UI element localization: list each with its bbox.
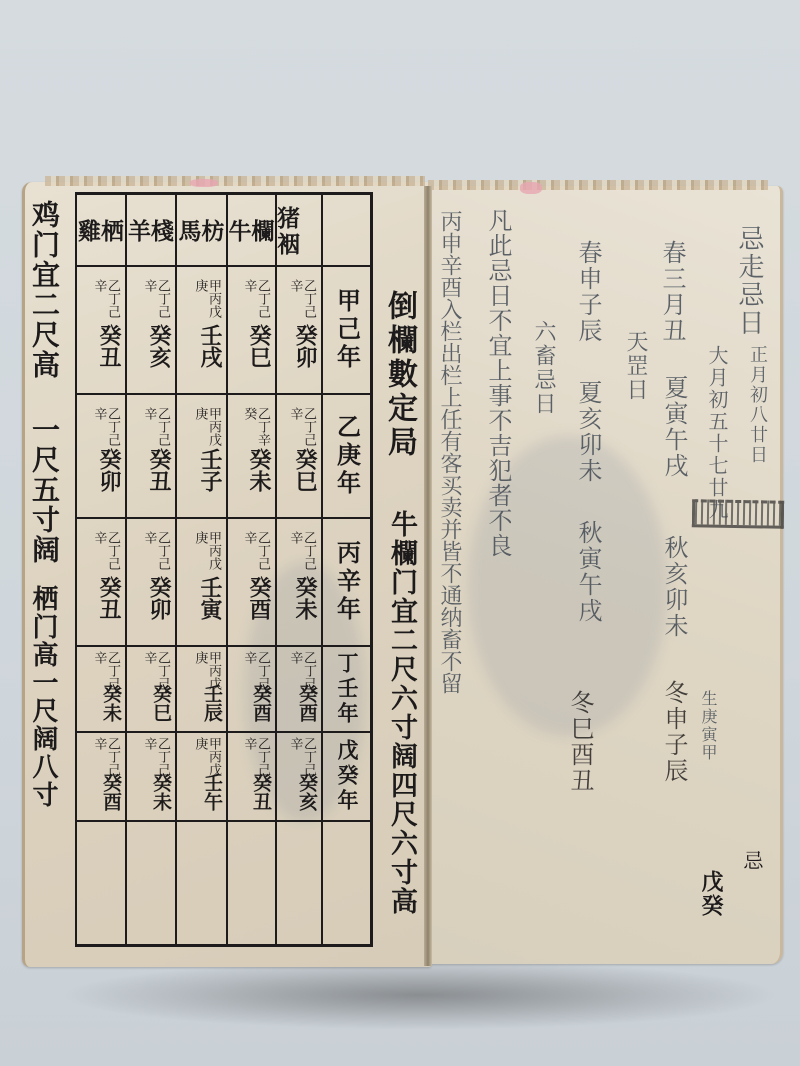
header-sheep-pen: 羊棧	[127, 201, 175, 263]
year-cell: 乙庚年	[323, 395, 371, 517]
table-cell: 乙丁己辛癸未	[277, 519, 321, 645]
table-cell: 乙丁己辛癸酉	[228, 647, 275, 731]
pink-stain	[520, 182, 542, 194]
livestock-pen-table: 雞栖 羊棧 馬枋 牛欄 猪裀 甲己年 乙庚年 丙辛年 丁壬年 戊癸年 乙丁己辛癸…	[75, 192, 373, 947]
text-column: 冬申子辰	[662, 680, 686, 784]
table-cell: 甲丙戊庚壬寅	[177, 519, 226, 645]
text-column: 丙申辛酉入栏出栏上任有客买卖并皆不通纳畜不留	[438, 210, 460, 694]
torn-edge	[45, 176, 425, 186]
table-cell: 乙丁己辛癸未	[77, 647, 125, 731]
text-column: 春申子辰	[576, 240, 600, 344]
chicken-door-height-note: 鸡门宜二尺高	[30, 200, 58, 380]
table-cell: 甲丙戊庚壬辰	[177, 647, 226, 731]
table-cell: 乙丁己辛癸卯	[277, 267, 321, 393]
book-spine-gutter	[424, 186, 432, 966]
table-cell: 乙丁己辛癸丑	[127, 395, 175, 517]
table-cell: 乙丁己辛癸巳	[228, 267, 275, 393]
table-cell: 乙丁己辛癸亥	[277, 733, 321, 820]
bottom-note: 生庚寅甲	[700, 690, 716, 762]
torn-edge	[428, 180, 768, 190]
bottom-note: 忌	[742, 850, 762, 872]
header-horse-stable: 馬枋	[177, 201, 226, 263]
table-cell: 乙丁己辛癸卯	[127, 519, 175, 645]
table-cell: 乙丁己辛癸亥	[127, 267, 175, 393]
book-shadow	[60, 960, 780, 1030]
text-column: 忌走忌日	[736, 225, 762, 337]
text-column: 正月初八廿日	[748, 345, 766, 465]
table-cell: 乙丁己辛癸巳	[277, 395, 321, 517]
roost-door-note: 栖门高一尺阔八寸	[30, 585, 56, 809]
text-column: 六畜忌日	[532, 320, 554, 416]
year-cell: 甲己年	[323, 267, 371, 393]
table-cell: 甲丙戊庚壬戌	[177, 267, 226, 393]
table-cell: 乙丁己辛癸酉	[77, 733, 125, 820]
table-cell: 乙丁辛癸癸未	[228, 395, 275, 517]
table-cell: 乙丁己辛癸巳	[127, 647, 175, 731]
seal-stamp-icon	[692, 499, 784, 529]
text-column: 夏亥卯未	[576, 380, 600, 484]
text-column: 天罡日	[624, 330, 646, 402]
table-cell: 甲丙戊庚壬午	[177, 733, 226, 820]
year-cell: 丙辛年	[323, 519, 371, 645]
table-cell: 乙丁己辛癸丑	[77, 519, 125, 645]
header-cattle-pen: 牛欄	[228, 201, 275, 263]
table-cell: 乙丁己辛癸酉	[228, 519, 275, 645]
table-cell: 乙丁己辛癸丑	[77, 267, 125, 393]
table-cell: 乙丁己辛癸卯	[77, 395, 125, 517]
text-column: 大月初五十七廿九	[707, 345, 727, 521]
header-pig-sty: 猪裀	[277, 201, 321, 263]
text-column: 秋寅午戌	[576, 520, 600, 624]
table-cell: 甲丙戊庚壬子	[177, 395, 226, 517]
text-column: 秋亥卯未	[662, 535, 686, 639]
text-column: 夏寅午戌	[662, 375, 686, 479]
right-page	[428, 186, 783, 964]
text-column: 冬巳酉丑	[568, 690, 592, 794]
header-chicken-roost: 雞栖	[77, 201, 125, 263]
pink-stain	[190, 179, 218, 187]
text-column: 春三月丑	[660, 240, 684, 344]
table-cell: 乙丁己辛癸酉	[277, 647, 321, 731]
text-column: 凡此忌日不宜上事不吉犯者不良	[486, 208, 510, 558]
page-title: 倒欄數定局	[384, 290, 414, 460]
year-cell: 丁壬年	[323, 647, 371, 731]
table-cell: 乙丁己辛癸丑	[228, 733, 275, 820]
chicken-door-width-note: 一尺五寸阔	[30, 415, 58, 565]
table-cell: 乙丁己辛癸未	[127, 733, 175, 820]
year-cell: 戊癸年	[323, 733, 371, 820]
cattle-pen-door-note: 牛欄门宜二尺六寸阔四尺六寸高	[388, 510, 415, 916]
bottom-note: 戊癸	[700, 870, 722, 918]
